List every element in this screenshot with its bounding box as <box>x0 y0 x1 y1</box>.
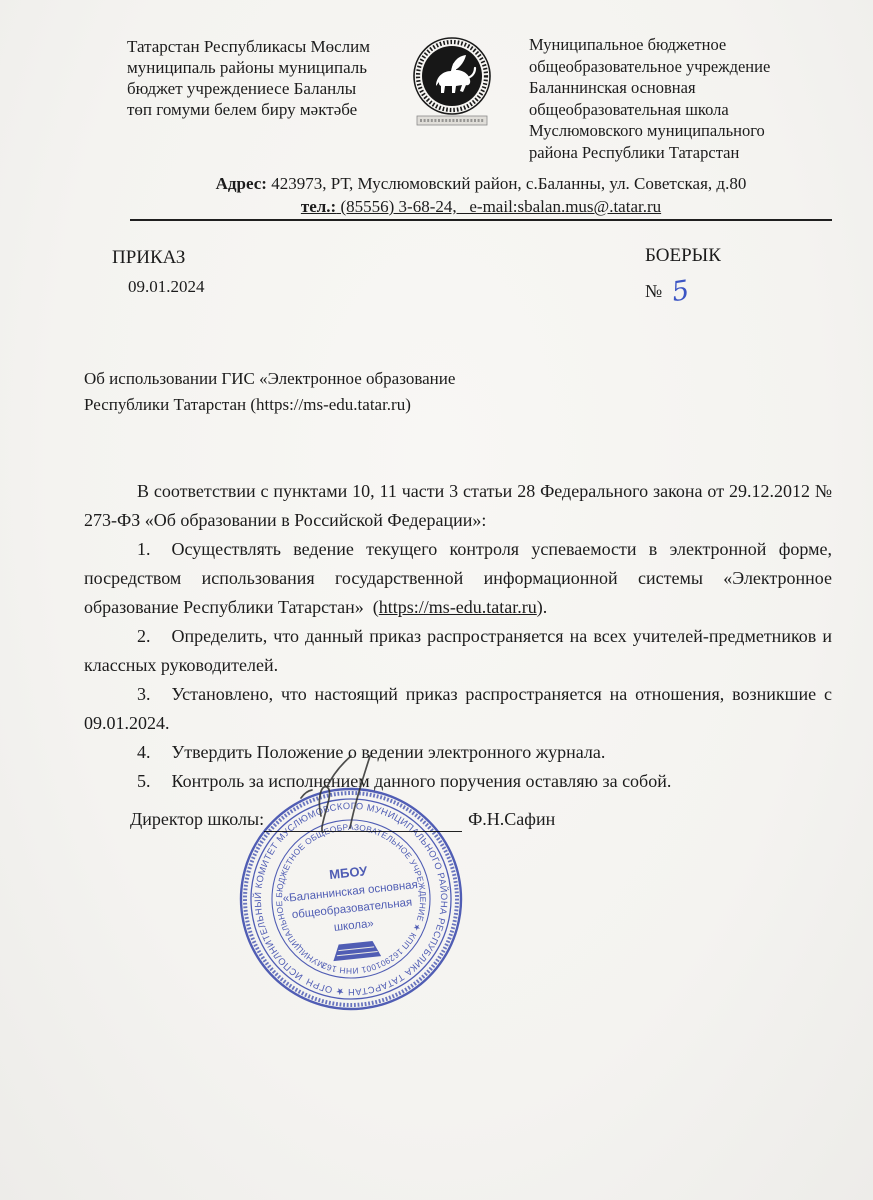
item-text: ). <box>537 597 548 617</box>
subject-line: Республики Татарстан (https://ms-edu.tat… <box>84 392 455 418</box>
scanned-order-document: Татарстан Республикасы Мөслим муниципаль… <box>0 0 873 1200</box>
order-title-ru: ПРИКАЗ <box>112 247 205 269</box>
stamp-center-emblem-shape <box>332 940 381 961</box>
header-left-line: бюджет учреждениесе Баланлы <box>127 78 409 99</box>
phone-email-value: (85556) 3-68-24, e-mail:sbalan.mus@.tata… <box>336 197 661 216</box>
tatarstan-education-emblem-icon <box>410 32 494 130</box>
header-right-line: общеобразовательная школа <box>529 99 801 121</box>
signature-name: Ф.Н.Сафин <box>468 806 555 832</box>
item-number: 2. <box>137 626 151 646</box>
header-org-name-tatar: Татарстан Республикасы Мөслим муниципаль… <box>127 36 409 120</box>
stamp-center-line: школа» <box>333 918 374 934</box>
order-item-1: 1.Осуществлять ведение текущего контроля… <box>84 535 832 622</box>
header-right-line: общеобразовательное учреждение <box>529 56 801 78</box>
header-left-line: төп гомуми белем биру мәктәбе <box>127 99 409 120</box>
item-text: Установлено, что настоящий приказ распро… <box>84 684 832 733</box>
address-line: Адрес: 423973, РТ, Муслюмовский район, с… <box>130 172 832 195</box>
header-left-line: муниципаль районы муниципаль <box>127 57 409 78</box>
header-right-line: Муслюмовского муниципального <box>529 120 801 142</box>
order-number-handwritten: 5 <box>670 275 692 308</box>
order-item-3: 3.Установлено, что настоящий приказ расп… <box>84 680 832 738</box>
subject-line: Об использовании ГИС «Электронное образо… <box>84 366 455 392</box>
order-number-label: № <box>645 281 662 301</box>
header-right-line: Баланнинская основная <box>529 77 801 99</box>
order-item-5: 5.Контроль за исполнением данного поруче… <box>84 767 832 796</box>
contact-block: Адрес: 423973, РТ, Муслюмовский район, с… <box>130 172 832 218</box>
order-date: 09.01.2024 <box>128 277 205 297</box>
address-label: Адрес: <box>216 174 267 193</box>
address-value: 423973, РТ, Муслюмовский район, с.Баланн… <box>267 174 746 193</box>
order-title-block-ru: ПРИКАЗ 09.01.2024 <box>112 247 205 297</box>
item-number: 1. <box>137 539 151 559</box>
item-number: 5. <box>137 771 151 791</box>
header-right-line: района Республики Татарстан <box>529 142 801 164</box>
header-left-line: Татарстан Республикасы Мөслим <box>127 36 409 57</box>
order-item-4: 4.Утвердить Положение о ведении электрон… <box>84 738 832 767</box>
order-title-tatar: БОЕРЫК <box>645 245 721 267</box>
intro-paragraph: В соответствии с пунктами 10, 11 части 3… <box>84 477 832 535</box>
order-body: В соответствии с пунктами 10, 11 части 3… <box>84 477 832 796</box>
order-subject: Об использовании ГИС «Электронное образо… <box>84 366 455 418</box>
order-number-row: №5 <box>645 273 721 304</box>
header-right-line: Муниципальное бюджетное <box>529 34 801 56</box>
order-item-2: 2.Определить, что данный приказ распрост… <box>84 622 832 680</box>
item-number: 4. <box>137 742 151 762</box>
phone-label: тел.: <box>301 197 336 216</box>
phone-line: тел.: (85556) 3-68-24, e-mail:sbalan.mus… <box>130 195 832 218</box>
item-number: 3. <box>137 684 151 704</box>
stamp-center-line: МБОУ <box>329 863 369 882</box>
handwritten-signature <box>293 750 405 852</box>
order-title-block-tatar: БОЕРЫК №5 <box>645 245 721 304</box>
header-org-name-russian: Муниципальное бюджетное общеобразователь… <box>529 34 801 163</box>
header-divider-rule <box>130 219 832 221</box>
gis-url-text: https://ms-edu.tatar.ru <box>379 597 537 617</box>
item-text: Определить, что данный приказ распростра… <box>84 626 832 675</box>
